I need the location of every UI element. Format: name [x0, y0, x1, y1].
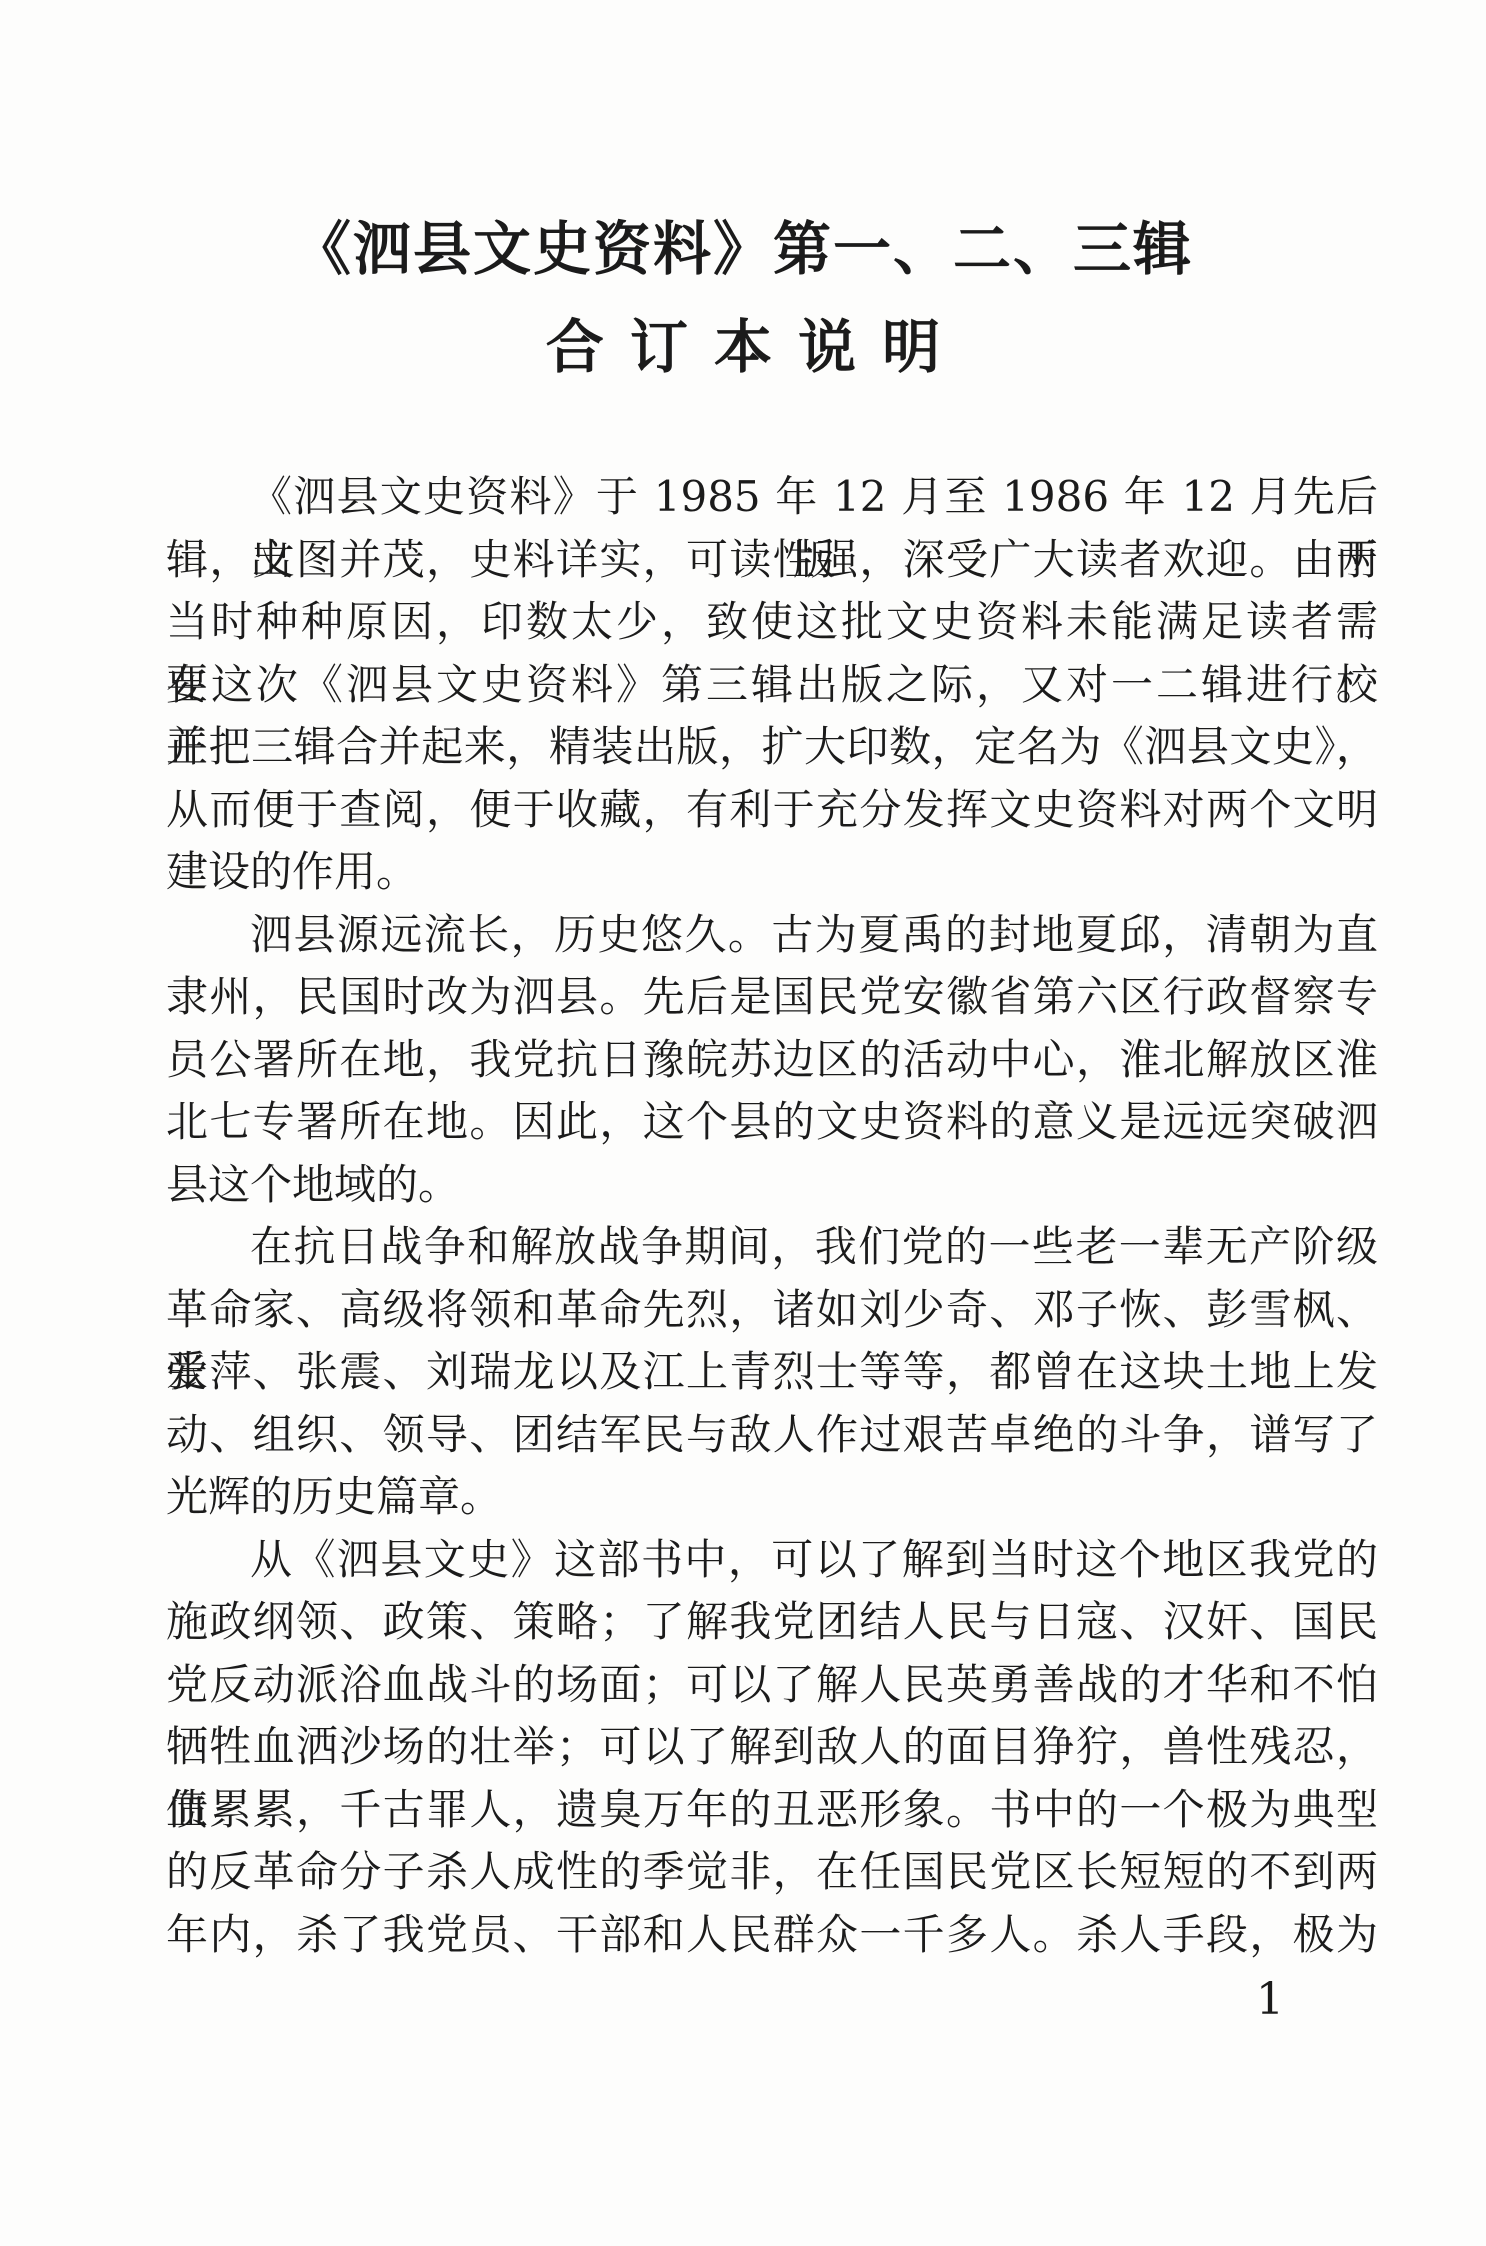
text-line: 县这个地域的。 [166, 1154, 1378, 1217]
text-line: 爱萍、张震、刘瑞龙以及江上青烈士等等，都曾在这块土地上发 [166, 1341, 1378, 1404]
text-line: 《泗县文史资料》于 1985 年 12 月至 1986 年 12 月先后出版两 [166, 466, 1378, 529]
text-line: 员公署所在地，我党抗日豫皖苏边区的活动中心，淮北解放区淮 [166, 1029, 1378, 1092]
document-title-line-2: 合订本说明 [0, 298, 1486, 396]
document-title-line-1: 《泗县文史资料》第一、二、三辑 [0, 200, 1486, 298]
text-line: 隶州，民国时改为泗县。先后是国民党安徽省第六区行政督察专 [166, 966, 1378, 1029]
text-line: 债累累，千古罪人，遗臭万年的丑恶形象。书中的一个极为典型 [166, 1779, 1378, 1842]
text-line: 施政纲领、政策、策略；了解我党团结人民与日寇、汉奸、国民 [166, 1591, 1378, 1654]
document-title: 《泗县文史资料》第一、二、三辑 合订本说明 [0, 0, 1486, 396]
text-line: 并把三辑合并起来，精装出版，扩大印数，定名为《泗县文史》， [166, 716, 1378, 779]
text-line: 从而便于查阅，便于收藏，有利于充分发挥文史资料对两个文明 [166, 779, 1378, 842]
text-line: 年内，杀了我党员、干部和人民群众一千多人。杀人手段，极为 [166, 1904, 1378, 1967]
text-line: 辑，文图并茂，史料详实，可读性强，深受广大读者欢迎。由于 [166, 529, 1378, 592]
page-number: 1 [1256, 1975, 1284, 2025]
text-line: 从《泗县文史》这部书中，可以了解到当时这个地区我党的 [166, 1529, 1378, 1592]
text-line: 建设的作用。 [166, 841, 1378, 904]
text-line: 北七专署所在地。因此，这个县的文史资料的意义是远远突破泗 [166, 1091, 1378, 1154]
text-line: 牺牲血洒沙场的壮举；可以了解到敌人的面目狰狞，兽性残忍，血 [166, 1716, 1378, 1779]
paragraph: 在抗日战争和解放战争期间，我们党的一些老一辈无产阶级革命家、高级将领和革命先烈，… [166, 1216, 1378, 1529]
paragraph: 泗县源远流长，历史悠久。古为夏禹的封地夏邱，清朝为直隶州，民国时改为泗县。先后是… [166, 904, 1378, 1217]
text-line: 当时种种原因，印数太少，致使这批文史资料未能满足读者需要。 [166, 591, 1378, 654]
text-line: 在抗日战争和解放战争期间，我们党的一些老一辈无产阶级 [166, 1216, 1378, 1279]
scanned-page: 《泗县文史资料》第一、二、三辑 合订本说明 《泗县文史资料》于 1985 年 1… [0, 0, 1486, 2246]
text-line: 在这次《泗县文史资料》第三辑出版之际，又对一二辑进行校正， [166, 654, 1378, 717]
paragraph: 《泗县文史资料》于 1985 年 12 月至 1986 年 12 月先后出版两辑… [166, 466, 1378, 904]
text-line: 党反动派浴血战斗的场面；可以了解人民英勇善战的才华和不怕 [166, 1654, 1378, 1717]
text-line: 泗县源远流长，历史悠久。古为夏禹的封地夏邱，清朝为直 [166, 904, 1378, 967]
text-line: 革命家、高级将领和革命先烈，诸如刘少奇、邓子恢、彭雪枫、张 [166, 1279, 1378, 1342]
document-body: 《泗县文史资料》于 1985 年 12 月至 1986 年 12 月先后出版两辑… [166, 466, 1378, 1966]
text-line: 的反革命分子杀人成性的季觉非，在任国民党区长短短的不到两 [166, 1841, 1378, 1904]
text-line: 光辉的历史篇章。 [166, 1466, 1378, 1529]
text-line: 动、组织、领导、团结军民与敌人作过艰苦卓绝的斗争，谱写了 [166, 1404, 1378, 1467]
paragraph: 从《泗县文史》这部书中，可以了解到当时这个地区我党的施政纲领、政策、策略；了解我… [166, 1529, 1378, 1967]
